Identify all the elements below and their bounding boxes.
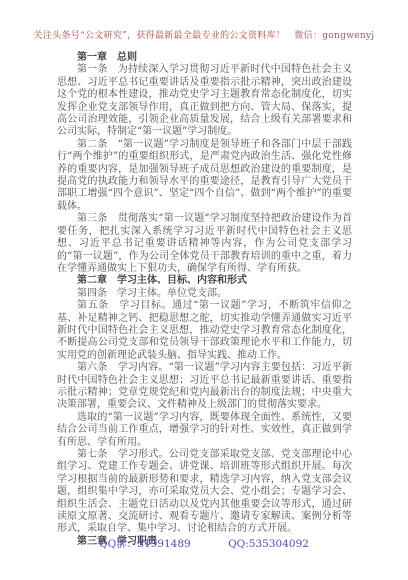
paragraph: 第四条 学习主体。单位党支部。 xyxy=(57,288,352,300)
wechat-contact: 微信：gongwenyj xyxy=(294,31,374,41)
promo-header: 关注头条号“公文研究”，获得最新最全最专业的公文资料库！ 微信：gongweny… xyxy=(0,28,408,41)
qq-group-number: QQ群：31991489 xyxy=(99,538,191,550)
document-body: 第一章 总则第一条 为持续深入学习贯彻习近平新时代中国特色社会主义思想、习近平总… xyxy=(57,52,352,548)
chapter-heading: 第二章 学习主体、目标、内容和形式 xyxy=(57,275,352,287)
document-footer: QQ群：31991489 QQ:535304092 xyxy=(0,536,408,551)
paragraph: 选取的“第一议题”学习内容，既要体现全面性、系统性，又要结合公司当前工作重点，增… xyxy=(57,412,352,449)
promo-notice-text: 关注头条号“公文研究”，获得最新最全最专业的公文资料库！ xyxy=(34,31,286,41)
paragraph: 第三条 贯彻落实“第一议题”学习制度坚持把政治建设作为首要任务，把扎实深入系统学… xyxy=(57,213,352,275)
paragraph: 第六条 学习内容。“第一议题”学习内容主要包括：习近平新时代中国特色社会主义思想… xyxy=(57,362,352,412)
paragraph: 第五条 学习目标。通过“第一议题”学习，不断筑牢信仰之基、补足精神之钙、把稳思想… xyxy=(57,300,352,362)
paragraph: 第七条 学习形式。公司党支部采取党支部、党支部理论中心组学习、党建工作专题会、讲… xyxy=(57,449,352,536)
qq-number: QQ:535304092 xyxy=(228,538,309,550)
paragraph: 第二条 “第一议题”学习制度是领导班子和各部门中层干部践行“两个维护”的重要组织… xyxy=(57,139,352,213)
paragraph: 第一条 为持续深入学习贯彻习近平新时代中国特色社会主义思想、习近平总书记重要讲话… xyxy=(57,64,352,138)
document-page: 关注头条号“公文研究”，获得最新最全最专业的公文资料库！ 微信：gongweny… xyxy=(0,0,408,580)
chapter-heading: 第一章 总则 xyxy=(57,52,352,64)
